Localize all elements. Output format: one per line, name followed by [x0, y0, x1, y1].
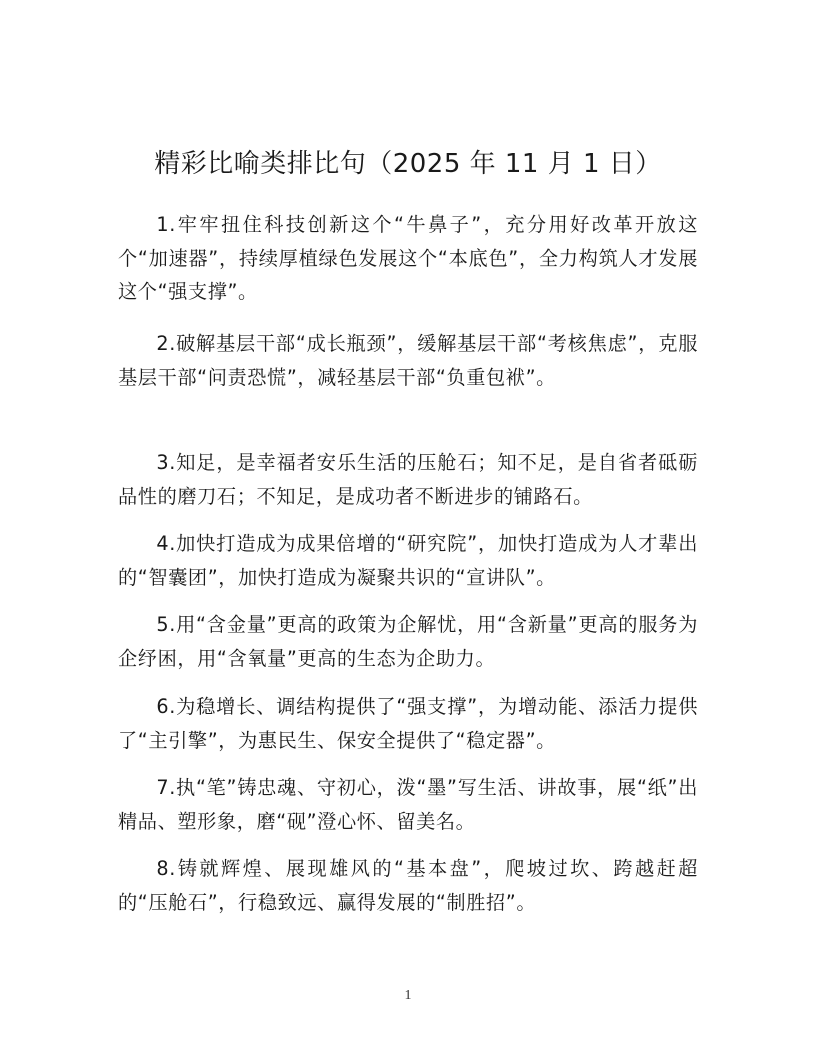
paragraph-2: 2.破解基层干部“成长瓶颈”，缓解基层干部“考核焦虑”，克服基层干部“问责恐慌”…: [118, 327, 698, 394]
paragraph-3: 3.知足，是幸福者安乐生活的压舱石；知不足，是自省者砥砺品性的磨刀石；不知足，是…: [118, 446, 698, 513]
paragraph-4: 4.加快打造成为成果倍增的“研究院”，加快打造成为人才辈出的“智囊团”，加快打造…: [118, 527, 698, 594]
paragraph-8: 8.铸就辉煌、展现雄风的“基本盘”，爬坡过坎、跨越赶超的“压舱石”，行稳致远、赢…: [118, 852, 698, 919]
document-title: 精彩比喻类排比句（2025 年 11 月 1 日）: [0, 146, 816, 182]
paragraph-6: 6.为稳增长、调结构提供了“强支撑”，为增动能、添活力提供了“主引擎”，为惠民生…: [118, 690, 698, 757]
document-page: 精彩比喻类排比句（2025 年 11 月 1 日） 1.牢牢扭住科技创新这个“牛…: [0, 0, 816, 1056]
paragraph-1: 1.牢牢扭住科技创新这个“牛鼻子”，充分用好改革开放这个“加速器”，持续厚植绿色…: [118, 208, 698, 309]
page-number: 1: [0, 988, 816, 1004]
paragraph-7: 7.执“笔”铸忠魂、守初心，泼“墨”写生活、讲故事，展“纸”出精品、塑形象，磨“…: [118, 771, 698, 838]
paragraph-5: 5.用“含金量”更高的政策为企解忧，用“含新量”更高的服务为企纾困，用“含氧量”…: [118, 608, 698, 675]
